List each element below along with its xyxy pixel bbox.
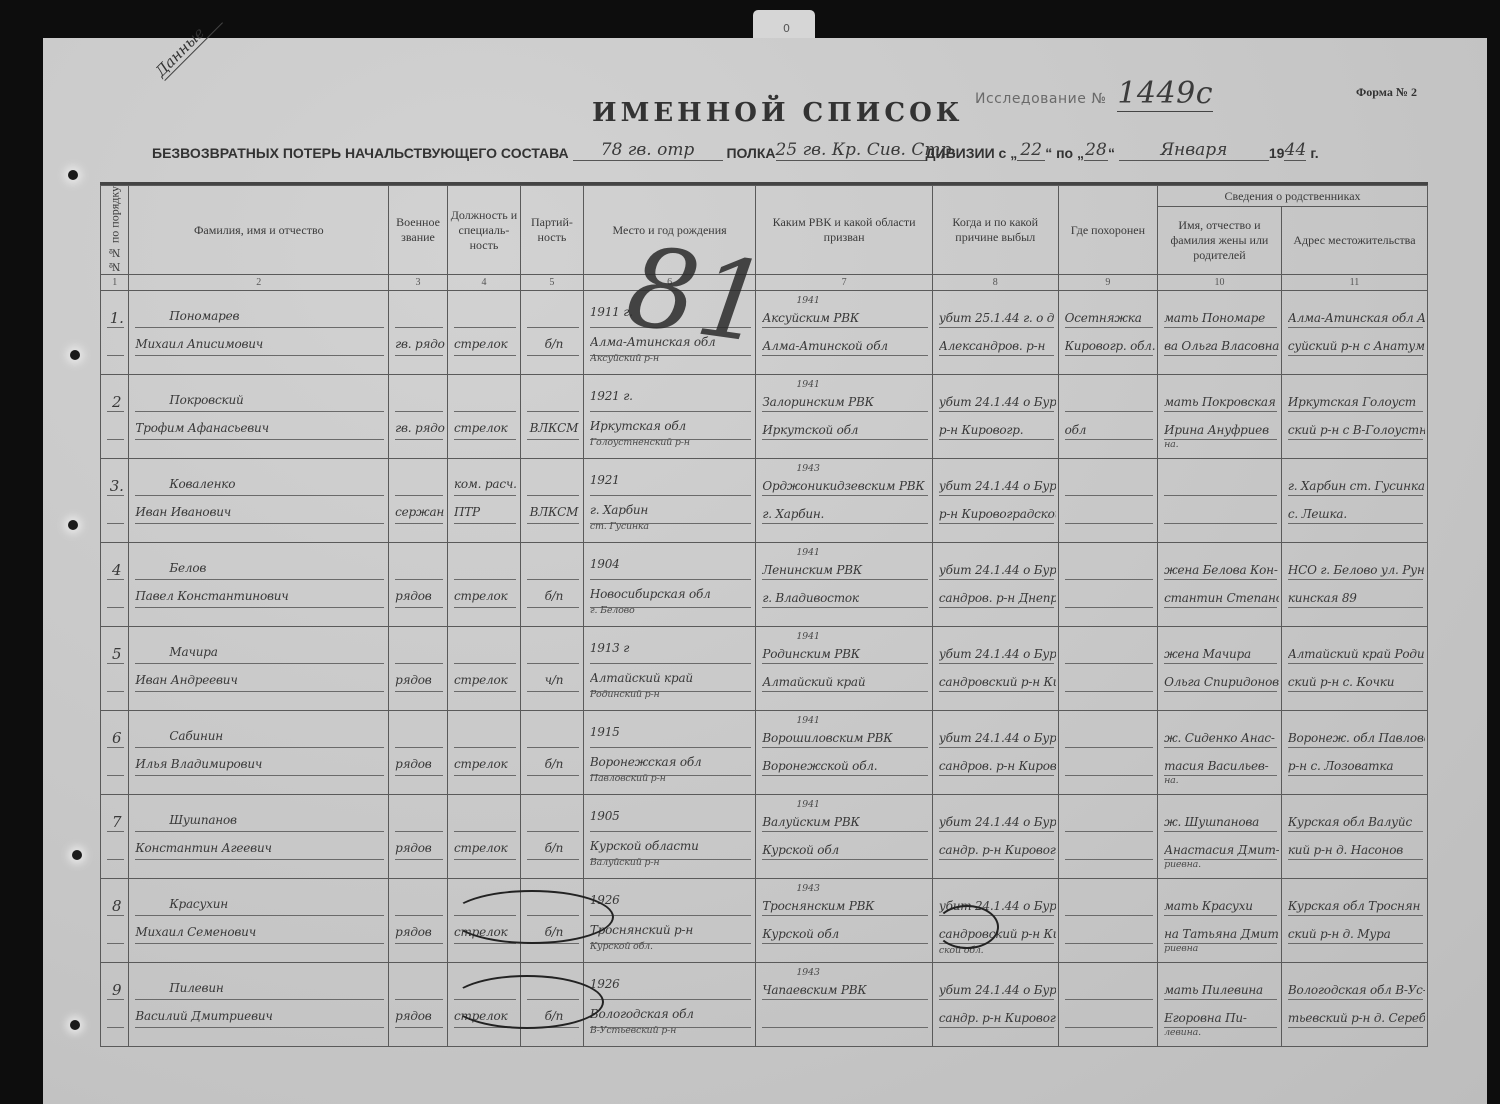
ruled-line [135,831,384,832]
conscription-text: Алтайский край [762,675,930,689]
ruled-line [590,915,751,916]
ruled-line [1288,411,1423,412]
col-number: 7 [756,275,933,291]
cell-birth: 1926Вологодская облВ-Устьевский р-н [583,963,755,1047]
col-number: 11 [1281,275,1427,291]
address-text: Вологодская обл В-Ус- [1288,983,1425,997]
relative-text: мать Пономаре [1164,311,1279,325]
ruled-line [454,495,516,496]
ruled-line [527,439,579,440]
ruled-line [454,691,516,692]
cell-position: стрелок [447,711,520,795]
relative-text: стантин Степановна [1164,591,1279,605]
ruled-line [590,495,751,496]
ruled-line [135,999,384,1000]
conscription-text: Аксуйским РВК [762,311,930,325]
ruled-line [1288,663,1423,664]
full-name-text: Коваленко [169,477,386,491]
conscription-text: Родинским РВК [762,647,930,661]
year-label: г. [1310,145,1318,161]
date-from-field: 22 [1017,140,1045,161]
ruled-line [1065,775,1153,776]
birth-text: Курской области [590,839,753,853]
ruled-line [135,775,384,776]
ruled-line [107,439,124,440]
year-prefix: 19 [1269,145,1285,161]
ruled-line [762,355,928,356]
stamp-text: Исследование № [975,91,1111,107]
cell-conscription: 1943Орджоникидзевским РВКг. Харбин. [756,459,933,543]
ruled-line [762,327,928,328]
ruled-line [454,663,516,664]
party-text: б/п [527,757,581,771]
cell-full-name: ШушпановКонстантин Агеевич [129,795,389,879]
ruled-line [1164,579,1277,580]
cell-buried [1058,795,1157,879]
ruled-line [1288,915,1423,916]
ruled-line [395,943,443,944]
address-text: НСО г. Белово ул. Рун- [1288,563,1425,577]
table-row: 6СабининИлья Владимировичрядовстрелокб/п… [101,711,1428,795]
archive-stamp: Исследование № 1449с [975,76,1213,111]
ruled-line [1065,831,1153,832]
relative-text: ж. Шушпанова [1164,815,1279,829]
birth-text: Валуйский р-н [590,857,753,868]
ruled-line [527,859,579,860]
full-name-text: Василий Дмитриевич [135,1009,386,1023]
cell-when-why: убит 24.1.44 о Бурты Алек-сандровский р-… [932,627,1058,711]
ruled-line [527,327,579,328]
cell-conscription: 1941Залоринским РВКИркутской обл [756,375,933,459]
ruled-line [762,999,928,1000]
ruled-line [1288,859,1423,860]
ruled-line [1065,439,1153,440]
cell-address: Курская обл Валуйский р-н д. Насонов [1281,795,1427,879]
cell-rank: рядов [389,627,448,711]
ruled-line [762,831,928,832]
ruled-line [527,691,579,692]
ruled-line [1065,327,1153,328]
full-name-text: Константин Агеевич [135,841,386,855]
birth-text: 1921 [590,473,753,487]
ruled-line [1288,579,1423,580]
ruled-line [395,691,443,692]
conscription-text: Алма-Атинской обл [762,339,930,353]
buried-text: Кировогр. обл. [1065,339,1155,353]
ruled-line [590,411,751,412]
relative-text: на. [1164,775,1279,786]
ruled-line [1065,691,1153,692]
ruled-line [1164,999,1277,1000]
conscription-text: 1941 [796,295,930,306]
cell-address: Иркутская Голоустский р-н с В-Голоустное [1281,375,1427,459]
ruled-line [1065,663,1153,664]
table-row: 4БеловПавел Константиновичрядовстрелокб/… [101,543,1428,627]
ruled-line [762,663,928,664]
cell-row-number: 9 [101,963,129,1047]
ruled-line [939,327,1054,328]
cell-row-number: 2 [101,375,129,459]
ruled-line [454,859,516,860]
header-rank: Военное звание [389,186,448,275]
cell-rank: рядов [389,795,448,879]
when-why-text: сандровский р-н Кировоград. обл [939,675,1056,689]
ruled-line [762,495,928,496]
ruled-line [135,607,384,608]
cell-buried: обл [1058,375,1157,459]
cell-row-number: 4 [101,543,129,627]
when-why-text: Александров. р-н [939,339,1056,353]
ruled-line [1288,999,1423,1000]
signature-scribble [935,905,999,949]
col-number: 2 [129,275,389,291]
full-name-text: Иван Андреевич [135,673,386,687]
table-row: 3.КоваленкоИван Ивановичсержантком. расч… [101,459,1428,543]
ruled-line [590,663,751,664]
ruled-line [1164,355,1277,356]
conscription-text: 1941 [796,379,930,390]
party-text: б/п [527,589,581,603]
relative-text: ва Ольга Власовна [1164,339,1279,353]
relative-text: мать Пилевина [1164,983,1279,997]
buried-text: Осетняжка [1065,311,1155,325]
position-text: ком. расч. [454,477,518,491]
conscription-text: Курской обл [762,927,930,941]
ruled-line [1164,831,1277,832]
ruled-line [395,775,443,776]
header-party: Партий-ность [520,186,583,275]
cell-rank: рядов [389,543,448,627]
full-name-text: Мачира [169,645,386,659]
ruled-line [107,663,124,664]
year-field: 44 [1284,140,1306,161]
ruled-line [395,579,443,580]
ruled-line [939,775,1054,776]
ruled-line [135,691,384,692]
header-when-why: Когда и по какой причине выбыл [932,186,1058,275]
ruled-line [762,691,928,692]
punch-hole [70,1020,80,1030]
conscription-text: Чапаевским РВК [762,983,930,997]
relative-text: ж. Сиденко Анас- [1164,731,1279,745]
party-text: ч/п [527,673,581,687]
birth-text: 1913 г [590,641,753,655]
conscription-text: г. Харбин. [762,507,930,521]
header-rvk: Каким РВК и какой области призван [756,186,933,275]
ruled-line [107,915,124,916]
ruled-line [527,607,579,608]
full-name-text: Трофим Афанасьевич [135,421,386,435]
cell-conscription: 1941Валуйским РВККурской обл [756,795,933,879]
position-text: стрелок [454,589,518,603]
cell-address: Воронеж. обл Павловскийр-н с. Лозоватка [1281,711,1427,795]
ruled-line [395,747,443,748]
ruled-line [107,579,124,580]
col-number: 8 [932,275,1058,291]
ruled-line [135,439,384,440]
relative-text: Ирина Ануфриев [1164,423,1279,437]
rank-text: гв. рядов [395,421,445,435]
conscription-text: 1941 [796,547,930,558]
rank-text: рядов [395,757,445,771]
address-text: Иркутская Голоуст [1288,395,1425,409]
ruled-line [395,439,443,440]
birth-text: г. Харбин [590,503,753,517]
cell-party: ВЛКСМ [520,459,583,543]
party-text: б/п [527,841,581,855]
month-field: Января [1119,140,1269,161]
birth-text: ст. Гусинка [590,521,753,532]
full-name-text: Красухин [169,897,386,911]
when-why-text: р-н Кировоградской обл. [939,507,1056,521]
header-name: Фамилия, имя и отчество [129,186,389,275]
ruled-line [135,747,384,748]
address-text: кий р-н д. Насонов [1288,843,1425,857]
full-name-text: Михаил Семенович [135,925,386,939]
ruled-line [1288,747,1423,748]
cell-birth: 1913 гАлтайский крайРодинский р-н [583,627,755,711]
ruled-line [135,355,384,356]
cell-buried: ОсетняжкаКировогр. обл. [1058,291,1157,375]
row-number-text: 6 [107,729,126,747]
ruled-line [1065,915,1153,916]
birth-text: Родинский р-н [590,689,753,700]
cell-address: Алтайский край Родин-ский р-н с. Кочки [1281,627,1427,711]
ruled-line [1065,607,1153,608]
cell-row-number: 7 [101,795,129,879]
cell-row-number: 3. [101,459,129,543]
ruled-line [939,523,1054,524]
document-subtitle: БЕЗВОЗВРАТНЫХ ПОТЕРЬ НАЧАЛЬСТВУЮЩЕГО СОС… [152,140,1319,161]
ruled-line [1288,943,1423,944]
table-row: 8КрасухинМихаил Семеновичрядовстрелокб/п… [101,879,1428,963]
conscription-text: Ленинским РВК [762,563,930,577]
ruled-line [1065,579,1153,580]
ruled-line [1288,355,1423,356]
ruled-line [395,411,443,412]
col-number: 4 [447,275,520,291]
punch-hole [68,170,78,180]
cell-full-name: КрасухинМихаил Семенович [129,879,389,963]
date-to-field: 28 [1084,140,1108,161]
cell-full-name: БеловПавел Константинович [129,543,389,627]
full-name-text: Пилевин [169,981,386,995]
cell-conscription: 1943Чапаевским РВК [756,963,933,1047]
ruled-line [1065,523,1153,524]
ruled-line [1164,523,1277,524]
birth-text: 1915 [590,725,753,739]
cell-relative: ж. Сиденко Анас-тасия Васильев-на. [1158,711,1282,795]
birth-text: Новосибирская обл [590,587,753,601]
cell-birth: 1904Новосибирская облг. Белово [583,543,755,627]
cell-row-number: 5 [101,627,129,711]
ruled-line [762,523,928,524]
cell-address: Алма-Атинская обл Ак-суйский р-н с Анату… [1281,291,1427,375]
cell-row-number: 8 [101,879,129,963]
col-number: 1 [101,275,129,291]
row-number-text: 9 [107,981,126,999]
label-losses: БЕЗВОЗВРАТНЫХ ПОТЕРЬ НАЧАЛЬСТВУЮЩЕГО СОС… [152,145,569,161]
cell-when-why: убит 25.1.44 г. о дАлександров. р-н [932,291,1058,375]
ruled-line [395,663,443,664]
cell-party: б/п [520,543,583,627]
address-text: Курская обл Валуйс [1288,815,1425,829]
ruled-line [454,579,516,580]
conscription-text: 1941 [796,631,930,642]
header-position: Должность и специаль-ность [447,186,520,275]
cell-buried [1058,711,1157,795]
ruled-line [1288,831,1423,832]
when-why-text: убит 24.1.44 о Бурты Алекс. [939,395,1056,409]
cell-party: ч/п [520,627,583,711]
ruled-line [395,999,443,1000]
ruled-line [454,523,516,524]
conscription-text: Залоринским РВК [762,395,930,409]
label-division: ДИВИЗИИ с [926,145,1007,161]
full-name-text: Михаил Anисимович [135,337,386,351]
party-text: ВЛКСМ [527,505,581,519]
ruled-line [1288,607,1423,608]
header-buried: Где похоронен [1058,186,1157,275]
signature-scribble [450,975,604,1029]
cell-conscription: 1941Аксуйским РВКАлма-Атинской обл [756,291,933,375]
relative-text: на. [1164,439,1279,450]
cell-rank: гв. рядов [389,375,448,459]
ruled-line [527,411,579,412]
ruled-line [395,327,443,328]
when-why-text: сандров. р-н Днепроп. обл. [939,591,1056,605]
cell-when-why: убит 24.1.44 о Бурты Алек-сандров. р-н К… [932,711,1058,795]
ruled-line [527,579,579,580]
ruled-line [762,775,928,776]
relative-text: левина. [1164,1027,1279,1038]
address-text: р-н с. Лозоватка [1288,759,1425,773]
birth-text: Иркутская обл [590,419,753,433]
ruled-line [1065,999,1153,1000]
ruled-line [1065,747,1153,748]
ruled-line [762,579,928,580]
birth-text: 1921 г. [590,389,753,403]
conscription-text: Троснянским РВК [762,899,930,913]
ruled-line [939,607,1054,608]
when-why-text: р-н Кировогр. [939,423,1056,437]
cell-row-number: 6 [101,711,129,795]
ruled-line [107,747,124,748]
position-text: стрелок [454,673,518,687]
cell-buried [1058,543,1157,627]
ruled-line [1164,495,1277,496]
ruled-line [762,915,928,916]
address-text: суйский р-н с Анатумовка [1288,339,1425,353]
row-number-text: 1. [107,309,126,327]
conscription-text: 1943 [796,967,930,978]
ruled-line [939,747,1054,748]
relative-text: риевна [1164,943,1279,954]
cell-relative: ж. ШушпановаАнастасия Дмит-риевна. [1158,795,1282,879]
page-title: ИМЕННОЙ СПИСОК [592,98,963,128]
conscription-text: 1943 [796,883,930,894]
table-row: 7ШушпановКонстантин Агеевичрядовстрелокб… [101,795,1428,879]
ruled-line [395,859,443,860]
ruled-line [107,411,124,412]
col-number: 3 [389,275,448,291]
buried-text: обл [1065,423,1155,437]
ruled-line [107,691,124,692]
ruled-line [527,495,579,496]
ruled-line [762,943,928,944]
conscription-text: г. Владивосток [762,591,930,605]
birth-text: Алтайский край [590,671,753,685]
ruled-line [454,943,516,944]
birth-text: В-Устьевский р-н [590,1025,753,1036]
cell-party: б/п [520,711,583,795]
punch-hole [68,520,78,530]
ruled-line [762,747,928,748]
ruled-line [135,327,384,328]
ruled-line [1288,495,1423,496]
ruled-line [107,355,124,356]
ruled-line [1065,943,1153,944]
tab-marker: 0 [783,22,790,35]
ruled-line [762,411,928,412]
header-relative-name: Имя, отчество и фамилия жены или родител… [1158,207,1282,275]
row-number-text: 3. [107,477,126,495]
cell-address: НСО г. Белово ул. Рун-кинская 89 [1281,543,1427,627]
cell-when-why: убит 24.1.44 о Бурты Алекс.р-н Кировогр. [932,375,1058,459]
when-why-text: убит 24.1.44 о Бурты Александ. [939,479,1056,493]
rank-text: гв. рядов [395,337,445,351]
conscription-text: Курской обл [762,843,930,857]
relative-text: жена Мачира [1164,647,1279,661]
stamp-number: 1449с [1117,76,1213,112]
ruled-line [527,663,579,664]
ruled-line [454,411,516,412]
ruled-line [135,943,384,944]
header-relatives-group: Сведения о родственниках [1158,186,1428,207]
when-why-text: убит 24.1.44 о Бурты Алек [939,815,1056,829]
relative-text: жена Белова Кон- [1164,563,1279,577]
ruled-line [590,579,751,580]
party-text: б/п [527,337,581,351]
ruled-line [939,495,1054,496]
conscription-text: 1941 [796,715,930,726]
ruled-line [395,1027,443,1028]
ruled-line [1164,915,1277,916]
ruled-line [135,915,384,916]
archive-mark-81: 81 [621,231,775,359]
conscription-text: Орджоникидзевским РВК [762,479,930,493]
label-to: по [1056,145,1073,161]
cell-party: ВЛКСМ [520,375,583,459]
ruled-line [135,495,384,496]
address-text: г. Харбин ст. Гусинка, [1288,479,1425,493]
position-text: стрелок [454,421,518,435]
position-text: стрелок [454,841,518,855]
ruled-line [135,859,384,860]
ruled-line [395,495,443,496]
ruled-line [939,859,1054,860]
ruled-line [107,831,124,832]
ruled-line [454,327,516,328]
cell-position: стрелок [447,795,520,879]
ruled-line [454,439,516,440]
birth-text: Голоустненский р-н [590,437,753,448]
cell-when-why: убит 24.1.44 о Бурты Александ.р-н Кирово… [932,459,1058,543]
birth-text: Курской обл. [590,941,753,952]
cell-rank: рядов [389,963,448,1047]
cell-buried [1058,879,1157,963]
ruled-line [1065,1027,1153,1028]
